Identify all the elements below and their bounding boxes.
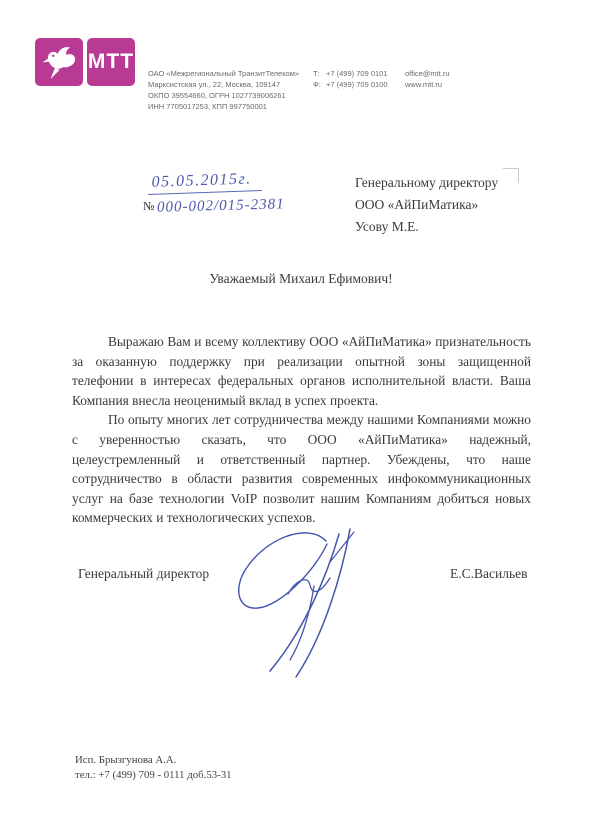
company-email: office@mtt.ru: [405, 68, 450, 79]
company-okpo-ogrn: ОКПО 39554660, ОГРН 1027739006261: [148, 90, 299, 101]
phone-label-f: Ф:: [313, 79, 326, 90]
letter-body: Выражаю Вам и всему коллективу ООО «АйПи…: [72, 332, 531, 528]
company-inn-kpp: ИНН 7705017253, КПП 997750001: [148, 101, 299, 112]
scanned-letter-page: MTT ОАО «Межрегиональный ТранзитТелеком»…: [0, 0, 600, 825]
signoff-name: Е.С.Васильев: [450, 566, 527, 582]
mtt-logo-text-square: MTT: [87, 38, 135, 86]
body-paragraph-1: Выражаю Вам и всему коллективу ООО «АйПи…: [72, 332, 531, 410]
recipient-block: Генеральному директору ООО «АйПиМатика» …: [355, 172, 498, 238]
phone-number-f: +7 (499) 709 0100: [326, 80, 388, 89]
phone-number-t: +7 (499) 709 0101: [326, 69, 388, 78]
company-website: www.mtt.ru: [405, 79, 450, 90]
outgoing-number-line: № 000-002/015-2381: [143, 198, 285, 215]
phone-line-1: Т:+7 (499) 709 0101: [313, 68, 388, 79]
executor-name: Исп. Брызгунова А.А.: [75, 753, 232, 768]
web-contact-block: office@mtt.ru www.mtt.ru: [405, 68, 450, 90]
phone-label-t: Т:: [313, 68, 326, 79]
handwritten-date: 05.05.2015г.: [147, 170, 262, 195]
company-address: Марксистская ул., 22, Москва, 109147: [148, 79, 299, 90]
phone-line-2: Ф:+7 (499) 709 0100: [313, 79, 388, 90]
number-sign-label: №: [143, 199, 154, 213]
scan-corner-mark: [503, 168, 519, 183]
executor-phone: тел.: +7 (499) 709 - 0111 доб.53-31: [75, 768, 232, 783]
handwritten-number: 000-002/015-2381: [157, 196, 285, 216]
salutation: Уважаемый Михаил Ефимович!: [72, 271, 530, 287]
recipient-company: ООО «АйПиМатика»: [355, 194, 498, 216]
company-info-block: ОАО «Межрегиональный ТранзитТелеком» Мар…: [148, 68, 299, 112]
recipient-position: Генеральному директору: [355, 172, 498, 194]
phone-block: Т:+7 (499) 709 0101 Ф:+7 (499) 709 0100: [313, 68, 388, 90]
bird-icon: [35, 38, 83, 86]
signoff-title: Генеральный директор: [78, 566, 209, 582]
handwritten-signature: [230, 520, 362, 685]
executor-block: Исп. Брызгунова А.А. тел.: +7 (499) 709 …: [75, 753, 232, 783]
body-paragraph-2: По опыту многих лет сотрудничества между…: [72, 410, 531, 528]
mtt-logo-bird-square: [35, 38, 83, 86]
logo-brand-text: MTT: [88, 50, 134, 74]
recipient-name: Усову М.Е.: [355, 216, 498, 238]
company-name: ОАО «Межрегиональный ТранзитТелеком»: [148, 68, 299, 79]
